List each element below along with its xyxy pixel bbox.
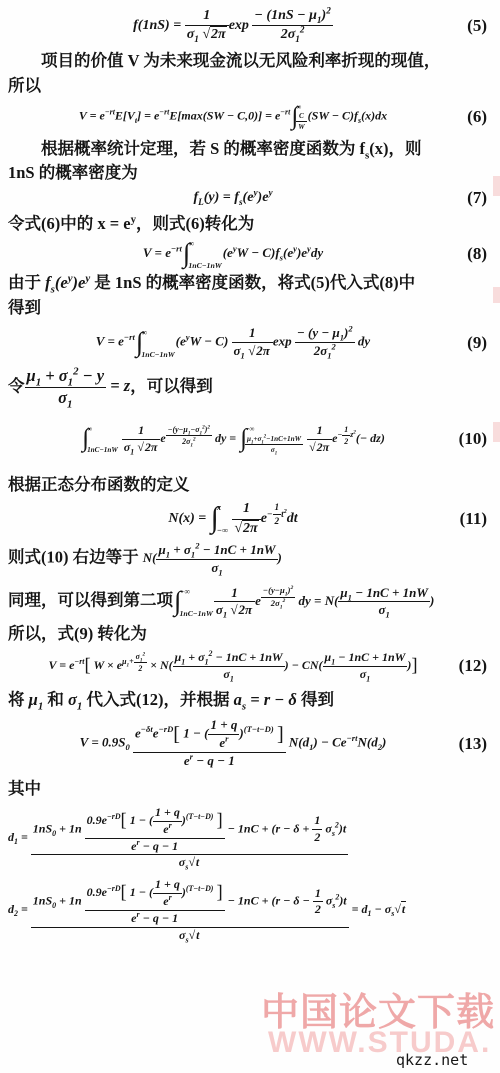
equation-5-body: f(1nS) = 1σ1 √2πexp − (1nS − μ1)22σ12 <box>133 8 333 43</box>
paragraph-lns-density: 1nS 的概率密度为 <box>0 161 500 186</box>
equation-12-body: V = e−rt[ W × eμ1+σ122 × N(μ1 + σ12 − 1n… <box>48 651 417 682</box>
paragraph-qizhong: 其中 <box>0 777 500 802</box>
equation-13: V = 0.9S0 e−δte−rD[ 1 − (1 + qer)(T−t−D)… <box>0 716 500 771</box>
scan-artifact <box>493 422 500 442</box>
paragraph-let-x: 令式(6)中的 x = ey，则式(6)转化为 <box>0 212 500 237</box>
watermark-line2: WWW.STUDA. <box>268 1026 491 1060</box>
equation-6-body: V = e−rtE[Vt] = e−rtE[max(SW − C,0)] = e… <box>79 105 387 129</box>
equation-10: ∫∞1nC−1nW 1σ1 √2πe−(y−μ1−σ12)22σ12 dy = … <box>0 422 500 457</box>
equation-d1-body: d1 = 1nS0 + 1n 0.9e−rD[ 1 − (1 + qer)(T−… <box>8 806 348 870</box>
paragraph-normal-def: 根据正态分布函数的定义 <box>0 473 500 498</box>
equation-d2-body: d2 = 1nS0 + 1n 0.9e−rD[ 1 − (1 + qer)(T−… <box>8 878 406 942</box>
equation-13-body: V = 0.9S0 e−δte−rD[ 1 − (1 + qer)(T−t−D)… <box>80 718 387 769</box>
scan-artifact <box>493 176 500 196</box>
equation-6: V = e−rtE[Vt] = e−rtE[max(SW − C,0)] = e… <box>0 103 500 131</box>
paragraph-eq10-rhs: 则式(10) 右边等于 N(μ1 + σ12 − 1nC + 1nWσ1) <box>0 543 500 576</box>
equation-11-body: N(x) = ∫x−∞ 1√2πe−12t2dt <box>168 501 297 536</box>
equation-9-body: V = e−rt∫∞1nC−1nW(eyW − C) 1σ1 √2πexp − … <box>96 326 370 359</box>
equation-5-number: (5) <box>467 16 487 36</box>
equation-7-body: fL(y) = fs(ey)ey <box>193 190 272 206</box>
equation-13-number: (13) <box>459 734 487 754</box>
paragraph-second-term: 同理，可以得到第二项∫−∞1nC−1nW1σ1 √2πe−(y−μ1)22σ12… <box>0 586 500 619</box>
equation-d2: d2 = 1nS0 + 1n 0.9e−rD[ 1 − (1 + qer)(T−… <box>0 876 500 944</box>
equation-10-number: (10) <box>459 429 487 449</box>
scan-artifact <box>493 287 500 303</box>
paragraph-so-eq9: 所以，式(9) 转化为 <box>0 622 500 647</box>
equation-7: fL(y) = fs(ey)ey (7) <box>0 188 500 208</box>
equation-6-number: (6) <box>467 107 487 127</box>
equation-8-number: (8) <box>467 244 487 264</box>
equation-7-number: (7) <box>467 188 487 208</box>
equation-5: f(1nS) = 1σ1 √2πexp − (1nS − μ1)22σ12 (5… <box>0 6 500 45</box>
equation-11-number: (11) <box>460 509 487 529</box>
scanned-paper-page: f(1nS) = 1σ1 √2πexp − (1nS − μ1)22σ12 (5… <box>0 0 500 1073</box>
paragraph-dedao: 得到 <box>0 296 500 321</box>
paragraph-since-density: 由于 fs(ey)ey 是 1nS 的概率密度函数，将式(5)代入式(8)中 <box>0 271 500 296</box>
watermark-site: qkzz.net <box>396 1051 468 1069</box>
paragraph-probability-theorem: 根据概率统计定理，若 S 的概率密度函数为 fs(x)，则 <box>0 137 500 162</box>
equation-11: N(x) = ∫x−∞ 1√2πe−12t2dt (11) <box>0 499 500 538</box>
equation-9-number: (9) <box>467 333 487 353</box>
paragraph-substitute: 将 μ1 和 σ1 代入式(12)，并根据 as = r − δ 得到 <box>0 688 500 713</box>
equation-9: V = e−rt∫∞1nC−1nW(eyW − C) 1σ1 √2πexp − … <box>0 324 500 361</box>
paragraph-project-value: 项目的价值 V 为未来现金流以无风险利率折现的现值， <box>0 49 500 74</box>
equation-8-body: V = e−rt∫∞1nC−1nW(eyW − C)fs(ey)eydy <box>143 241 323 267</box>
equation-12-number: (12) <box>459 656 487 676</box>
watermark-line1: 中国论文下载 <box>261 981 495 1036</box>
equation-10-body: ∫∞1nC−1nW 1σ1 √2πe−(y−μ1−σ12)22σ12 dy = … <box>81 424 385 455</box>
paragraph-let-z: 令μ1 + σ12 − yσ1 = z，可以得到 <box>0 367 500 408</box>
equation-8: V = e−rt∫∞1nC−1nW(eyW − C)fs(ey)eydy (8) <box>0 239 500 269</box>
paragraph-suoyi: 所以 <box>0 74 500 99</box>
equation-12: V = e−rt[ W × eμ1+σ122 × N(μ1 + σ12 − 1n… <box>0 649 500 684</box>
equation-d1: d1 = 1nS0 + 1n 0.9e−rD[ 1 − (1 + qer)(T−… <box>0 804 500 872</box>
